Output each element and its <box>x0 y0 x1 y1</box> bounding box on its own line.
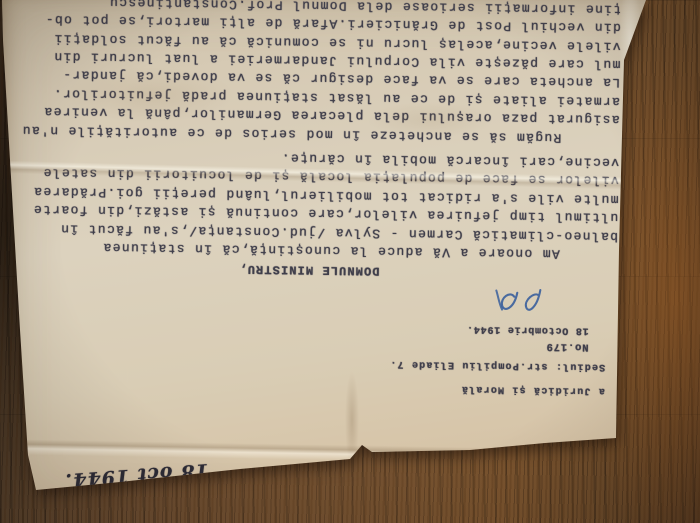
body-line: Rugăm să se ancheteze în mod serios de c… <box>22 120 619 147</box>
letterhead: a Juridică și Morală Sediul: str.Pompili… <box>389 351 606 402</box>
letterhead-address: Sediul: str.Pompiliu Eliade 7. <box>389 351 605 378</box>
body-line: din vechiul Post de Grănicieri.Afară de … <box>24 10 621 37</box>
body-line: mul care păzește vila Corpului Jandarmer… <box>23 47 620 74</box>
body-line: vilelor se face de populația locală și d… <box>22 163 619 190</box>
body-line: armatei aliate și de ce au lăsat stațiun… <box>23 83 620 110</box>
body-line: Am onoare a Vă aduce la cunoștință,că în… <box>21 236 618 263</box>
paper-document: 18 oct 1944. a Juridică și Morală Sediul… <box>0 0 700 523</box>
salutation: DOMNULE MINISTRU, <box>238 262 379 278</box>
body-line: asigurat paza orașului dela plecarea Ger… <box>23 102 620 129</box>
rotated-document-content: 18 oct 1944. a Juridică și Morală Sediul… <box>16 0 623 499</box>
body-line: ultimul timp jefuirea vilelor,care conti… <box>21 200 618 227</box>
body-line: ține informații serioase dela Domnul Pro… <box>24 0 621 18</box>
letterhead-organization-name: a Juridică și Morală <box>389 375 605 402</box>
body-line: vecine,cari încarcă mobila în căruțe. <box>22 144 619 171</box>
document-date: 18 Octombrie 1944. <box>466 323 589 336</box>
body-line: La ancheta care se va face desigur că se… <box>23 65 620 92</box>
document-number: No.179 <box>546 340 589 353</box>
paper-sheet: 18 oct 1944. a Juridică și Morală Sediul… <box>0 0 700 523</box>
body-line: multe vile s'a ridicat tot mobilierul,lu… <box>22 181 619 208</box>
body-line: balneo-climatică Carmen - Sylva /jud.Con… <box>21 218 618 245</box>
blue-ink-mark <box>492 279 548 318</box>
handwritten-received-date: 18 oct 1944. <box>58 459 209 492</box>
document-body: Am onoare a Vă aduce la cunoștință,că în… <box>21 0 622 263</box>
body-line: vilele vecine,acelaș lucru ni se comunic… <box>24 28 621 55</box>
photograph: 18 oct 1944. a Juridică și Morală Sediul… <box>0 0 700 523</box>
